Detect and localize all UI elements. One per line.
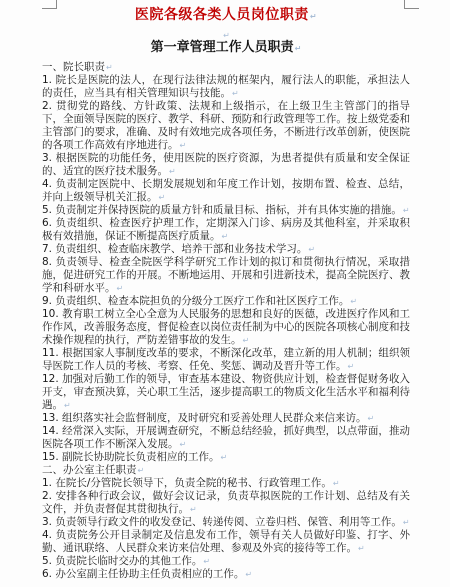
paragraph-mark: ↵ <box>64 401 71 410</box>
responsibility-item: 1. 院长是医院的法人，在现行法律法规的框架内，履行法人的职能，承担法人的责任，… <box>42 74 410 100</box>
paragraph-mark: ↵ <box>295 44 302 53</box>
paragraph-mark: ↵ <box>180 141 187 150</box>
responsibility-item: 3. 根据医院的功能任务，使用医院的医疗资源，为患者提供有质量和安全保证的、适宜… <box>42 152 410 178</box>
paragraph-text: 二、办公室主任职责 <box>42 464 137 476</box>
paragraph-mark: ↵ <box>117 284 124 293</box>
responsibility-item: 11. 根据国家人事制度改革的要求，不断深化改革，建立新的用人机制；组织领导医院… <box>42 347 410 373</box>
paragraph-mark: ↵ <box>221 453 228 462</box>
paragraph-text: 12. 加强对后勤工作的领导，审查基本建设、物资供应计划，检查督促财务收入开支，… <box>42 373 410 411</box>
paragraph-mark: ↵ <box>169 167 176 176</box>
paragraph-text: 一、院长职责 <box>42 61 105 73</box>
responsibility-item: 14. 经常深入实际，开展调查研究，不断总结经验，抓好典型，以点带面，推动医院各… <box>42 425 410 451</box>
paragraph-mark: ↵ <box>403 518 410 527</box>
responsibility-item: 12. 加强对后勤工作的领导，审查基本建设、物资供应计划，检查督促财务收入开支，… <box>42 373 410 412</box>
responsibility-item: 2. 贯彻党的路线、方针政策、法规和上级指示，在上级卫生主管部门的指导下，全面领… <box>42 100 410 152</box>
section-heading: 一、院长职责↵ <box>42 61 410 74</box>
paragraph-text: 11. 根据国家人事制度改革的要求，不断深化改革，建立新的用人机制；组织领导医院… <box>42 347 410 372</box>
document-page: 医院各级各类人员岗位职责↵ ↵ 第一章管理工作人员职责↵ 一、院长职责↵1. 院… <box>0 0 450 587</box>
responsibility-item: 1. 在院长/分管院长领导下，负责全院的秘书、行政管理工作。↵ <box>42 477 410 490</box>
responsibility-item: 3. 负责领导行政文件的收发登记、转递传阅、立卷归档、保管、利用等工作。↵ <box>42 516 410 529</box>
paragraph-text: 15. 副院长协助院长负责相应的工作。 <box>42 451 220 463</box>
responsibility-item: 13. 组织落实社会监督制度，及时研究和妥善处理人民群众来信来访。↵ <box>42 412 410 425</box>
paragraph-mark: ↵ <box>348 362 355 371</box>
paragraph-text: 1. 院长是医院的法人，在现行法律法规的框架内，履行法人的职能，承担法人的责任，… <box>42 74 410 99</box>
paragraph-text: 8. 负责领导、检查全院医学科学研究工作计划的拟订和贯彻执行情况，采取措施，促进… <box>42 256 410 294</box>
responsibility-item: 4. 负责制定医院中、长期发展规划和年度工作计划，按期布置、检查、总结，并向上级… <box>42 178 410 204</box>
responsibility-item: 4. 负责院务公开目录制定及信息发布工作，领导有关人员做好印鉴、打字、外勤、通讯… <box>42 529 410 555</box>
paragraph-text: 5. 负责院长临时交办的其他工作。 <box>42 555 202 567</box>
paragraph-mark: ↵ <box>190 505 197 514</box>
paragraph-mark: ↵ <box>350 297 357 306</box>
paragraph-mark: ↵ <box>358 544 365 553</box>
responsibility-item: 7. 负责组织、检查临床教学、培养干部和业务技术学习。↵ <box>42 243 410 256</box>
paragraph-text: 10. 教育职工树立全心全意为人民服务的思想和良好的医德，改进医疗作风和工作作风… <box>42 308 410 346</box>
document-title: 医院各级各类人员岗位职责↵ <box>42 6 410 26</box>
paragraph-text: 2. 贯彻党的路线、方针政策、法规和上级指示，在上级卫生主管部门的指导下，全面领… <box>42 100 410 151</box>
chapter-heading-text: 第一章管理工作人员职责 <box>151 40 294 55</box>
paragraph-mark: ↵ <box>308 245 315 254</box>
paragraph-mark: ↵ <box>203 557 210 566</box>
section-heading: 二、办公室主任职责↵ <box>42 464 410 477</box>
responsibility-item: 2. 安排各种行政会议，做好会议记录，负责草拟医院的工作计划、总结及有关文件，并… <box>42 490 410 516</box>
document-content: 医院各级各类人员岗位职责↵ ↵ 第一章管理工作人员职责↵ 一、院长职责↵1. 院… <box>42 6 410 581</box>
paragraph-mark: ↵ <box>106 63 113 72</box>
responsibility-item: 5. 负责院长临时交办的其他工作。↵ <box>42 555 410 568</box>
paragraph-text: 13. 组织落实社会监督制度，及时研究和妥善处理人民群众来信来访。 <box>42 412 367 424</box>
paragraph-mark: ↵ <box>333 479 340 488</box>
responsibility-item: 15. 副院长协助院长负责相应的工作。↵ <box>42 451 410 464</box>
paragraph-text: 6. 办公室副主任协助主任负责相应的工作。 <box>42 568 244 580</box>
responsibility-item: 8. 负责领导、检查全院医学科学研究工作计划的拟订和贯彻执行情况，采取措施，促进… <box>42 256 410 295</box>
document-body: 一、院长职责↵1. 院长是医院的法人，在现行法律法规的框架内，履行法人的职能，承… <box>42 61 410 581</box>
chapter-heading: 第一章管理工作人员职责↵ <box>42 39 410 57</box>
paragraph-mark: ↵ <box>310 12 317 21</box>
paragraph-text: 5. 负责制定并保持医院的质量方针和质量目标、指标，并有具体实施的措施。 <box>42 204 402 216</box>
paragraph-text: 2. 安排各种行政会议，做好会议记录，负责草拟医院的工作计划、总结及有关文件，并… <box>42 490 410 515</box>
paragraph-mark: ↵ <box>403 206 410 215</box>
paragraph-text: 9. 负责组织、检查本院担负的分级分工医疗工作和社区医疗工作。 <box>42 295 349 307</box>
paragraph-mark: ↵ <box>180 440 187 449</box>
paragraph-mark: ↵ <box>138 466 145 475</box>
paragraph-text: 1. 在院长/分管院长领导下，负责全院的秘书、行政管理工作。 <box>42 477 332 489</box>
responsibility-item: 6. 负责组织、检查医疗护理工作，定期深入门诊、病房及其他科室，并采取积极有效措… <box>42 217 410 243</box>
responsibility-item: 9. 负责组织、检查本院担负的分级分工医疗工作和社区医疗工作。↵ <box>42 295 410 308</box>
paragraph-mark: ↵ <box>368 414 375 423</box>
responsibility-item: 10. 教育职工树立全心全意为人民服务的思想和良好的医德，改进医疗作风和工作作风… <box>42 308 410 347</box>
paragraph-text: 7. 负责组织、检查临床教学、培养干部和业务技术学习。 <box>42 243 307 255</box>
responsibility-item: 5. 负责制定并保持医院的质量方针和质量目标、指标，并有具体实施的措施。↵ <box>42 204 410 217</box>
paragraph-text: 4. 负责院务公开目录制定及信息发布工作，领导有关人员做好印鉴、打字、外勤、通讯… <box>42 529 410 554</box>
paragraph-text: 3. 根据医院的功能任务，使用医院的医疗资源，为患者提供有质量和安全保证的、适宜… <box>42 152 410 177</box>
paragraph-mark: ↵ <box>232 89 239 98</box>
responsibility-item: 6. 办公室副主任协助主任负责相应的工作。↵ <box>42 568 410 581</box>
paragraph-mark: ↵ <box>243 336 250 345</box>
paragraph-mark: ↵ <box>222 232 229 241</box>
paragraph-text: 4. 负责制定医院中、长期发展规划和年度工作计划，按期布置、检查、总结，并向上级… <box>42 178 410 203</box>
empty-paragraph: ↵ <box>42 26 410 39</box>
paragraph-mark: ↵ <box>245 570 252 579</box>
document-title-text: 医院各级各类人员岗位职责 <box>135 7 309 23</box>
paragraph-mark: ↵ <box>159 193 166 202</box>
paragraph-text: 3. 负责领导行政文件的收发登记、转递传阅、立卷归档、保管、利用等工作。 <box>42 516 402 528</box>
paragraph-text: 14. 经常深入实际，开展调查研究，不断总结经验，抓好典型，以点带面，推动医院各… <box>42 425 410 450</box>
